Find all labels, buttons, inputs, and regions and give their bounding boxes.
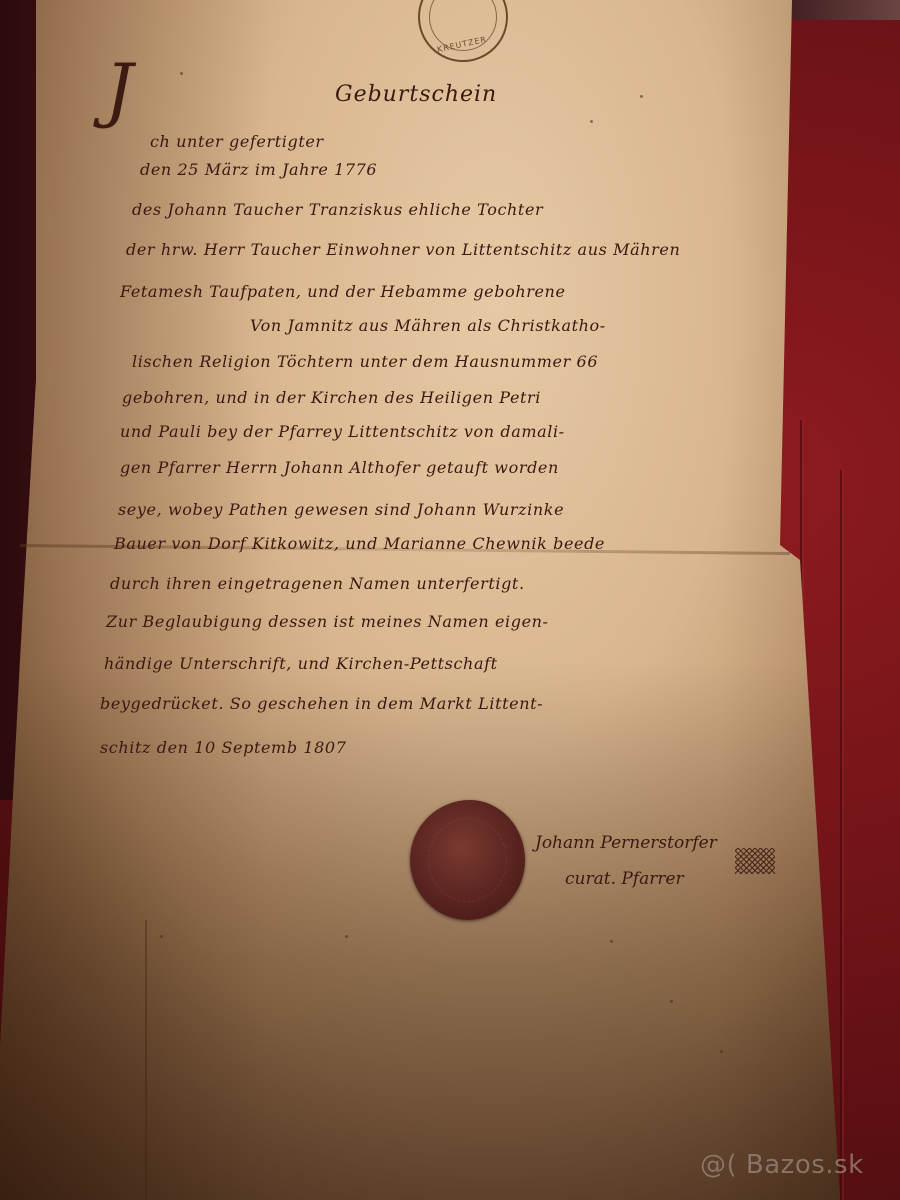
text-line-8: gebohren, und in der Kirchen des Heilige… — [122, 388, 541, 407]
signature-title: curat. Pfarrer — [535, 861, 717, 897]
vertical-fold-line — [145, 920, 147, 1200]
signature-flourish-icon — [735, 848, 775, 874]
text-line-15: händige Unterschrift, und Kirchen-Pettsc… — [104, 654, 498, 673]
velvet-seam — [840, 470, 842, 1200]
text-line-2-content: den 25 März im Jahre 1776 — [140, 160, 377, 179]
background-object-top-right — [780, 0, 900, 20]
text-line-10: gen Pfarrer Herrn Johann Althofer getauf… — [120, 458, 559, 477]
text-line-14: Zur Beglaubigung dessen ist meines Namen… — [106, 612, 549, 631]
text-line-7: lischen Religion Töchtern unter dem Haus… — [132, 352, 598, 371]
text-line-13: durch ihren eingetragenen Namen unterfer… — [110, 574, 525, 593]
text-line-11: seye, wobey Pathen gewesen sind Johann W… — [118, 500, 564, 519]
signature-block: Johann Pernerstorfer curat. Pfarrer — [535, 825, 717, 897]
text-line-4: der hrw. Herr Taucher Einwohner von Litt… — [126, 240, 680, 259]
text-line-3: des Johann Taucher Tranziskus ehliche To… — [132, 200, 543, 219]
text-line-5: Fetamesh Taufpaten, und der Hebamme gebo… — [120, 282, 566, 301]
decorative-initial: J — [105, 55, 133, 125]
paper-shadow — [0, 0, 900, 1200]
text-line-17: schitz den 10 Septemb 1807 — [100, 738, 346, 757]
text-line-16: beygedrücket. So geschehen in dem Markt … — [100, 694, 543, 713]
wax-seal-icon — [410, 800, 525, 920]
text-line-12: Bauer von Dorf Kitkowitz, und Marianne C… — [114, 534, 605, 553]
bazos-watermark: @( Bazos.sk — [700, 1150, 864, 1180]
signature-name: Johann Pernerstorfer — [535, 825, 717, 861]
document-title: Geburtschein — [335, 82, 497, 107]
text-line-1: ch unter gefertigter — [150, 132, 324, 151]
text-line-2: den 25 März im Jahre 1776 — [140, 160, 377, 179]
text-line-6: Von Jamnitz aus Mähren als Christkatho- — [250, 316, 606, 335]
text-line-9: und Pauli bey der Pfarrey Littentschitz … — [120, 422, 565, 441]
